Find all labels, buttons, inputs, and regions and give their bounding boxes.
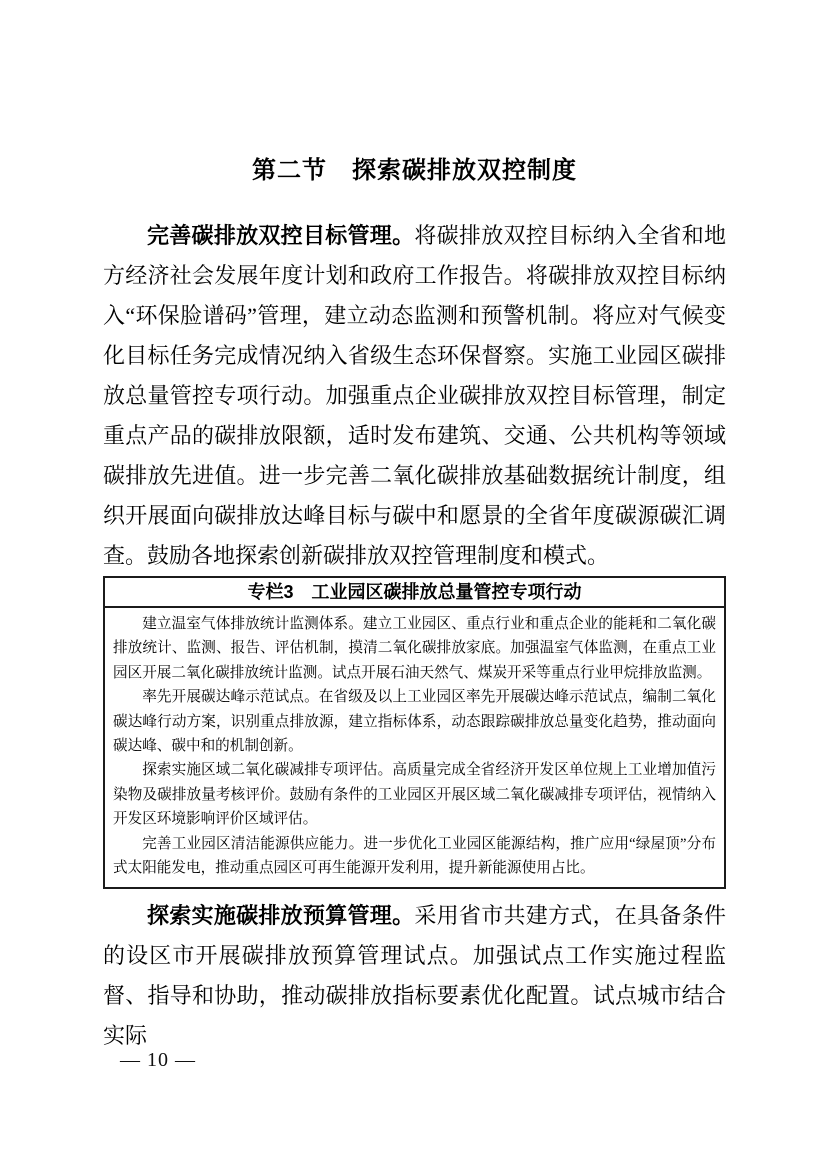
callout-box-zhuanlan-3: 专栏3 工业园区碳排放总量管控专项行动 建立温室气体排放统计监测体系。建立工业园… xyxy=(103,576,726,889)
paragraph-dual-control-targets: 完善碳排放双控目标管理。将碳排放双控目标纳入全省和地方经济社会发展年度计划和政府… xyxy=(103,216,726,576)
page-number: — 10 — xyxy=(120,1047,196,1073)
box-paragraph-regional-assessment: 探索实施区域二氧化碳减排专项评估。高质量完成全省经济开发区单位规上工业增加值污染… xyxy=(113,758,716,831)
box-paragraph-monitoring-system: 建立温室气体排放统计监测体系。建立工业园区、重点行业和重点企业的能耗和二氧化碳排… xyxy=(113,612,716,685)
paragraph-budget-management: 探索实施碳排放预算管理。采用省市共建方式，在具备条件的设区市开展碳排放预算管理试… xyxy=(103,896,726,1056)
box-paragraph-peak-pilot: 率先开展碳达峰示范试点。在省级及以上工业园区率先开展碳达峰示范试点，编制二氧化碳… xyxy=(113,685,716,758)
callout-box-body: 建立温室气体排放统计监测体系。建立工业园区、重点行业和重点企业的能耗和二氧化碳排… xyxy=(105,608,724,887)
callout-box-title: 专栏3 工业园区碳排放总量管控专项行动 xyxy=(105,578,724,608)
paragraph-lead: 完善碳排放双控目标管理。 xyxy=(147,223,414,248)
document-page: 第二节 探索碳排放双控制度 完善碳排放双控目标管理。将碳排放双控目标纳入全省和地… xyxy=(0,0,826,1169)
paragraph-lead: 探索实施碳排放预算管理。 xyxy=(147,903,414,928)
paragraph-text: 将碳排放双控目标纳入全省和地方经济社会发展年度计划和政府工作报告。将碳排放双控目… xyxy=(103,223,726,568)
section-title: 第二节 探索碳排放双控制度 xyxy=(103,156,726,186)
page-content: 第二节 探索碳排放双控制度 完善碳排放双控目标管理。将碳排放双控目标纳入全省和地… xyxy=(103,156,726,1056)
box-paragraph-clean-energy: 完善工业园区清洁能源供应能力。进一步优化工业园区能源结构，推广应用“绿屋顶”分布… xyxy=(113,832,716,881)
